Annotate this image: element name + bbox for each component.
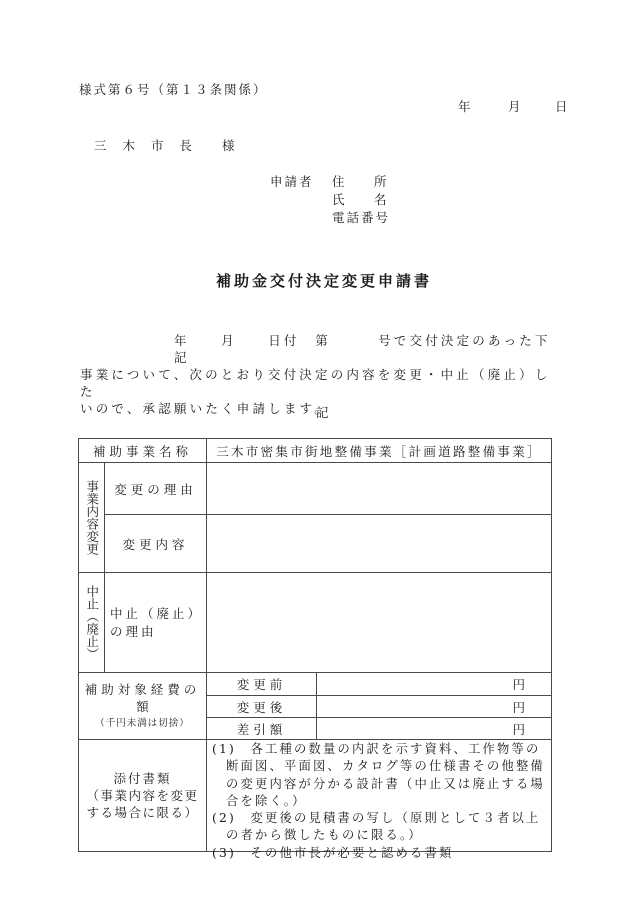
attachment-item-2-cont: の者から徴したものに限る。） <box>212 827 550 844</box>
date-month-label: 月 <box>508 97 521 115</box>
date-day-label: 日 <box>555 97 568 115</box>
attachment-item-1-cont: 断面図、平面図、カタログ等の仕様書その他整備 <box>212 758 550 775</box>
cost-after-label: 変更後 <box>207 696 316 717</box>
change-content-field[interactable] <box>207 515 551 572</box>
project-name-label: 補助事業名称 <box>79 439 206 462</box>
cost-label-line1: 補助対象経費の <box>85 681 201 698</box>
yen-unit: 円 <box>512 698 551 716</box>
attachment-item-2-line: (2) 変更後の見積書の写し（原則として３者以上 <box>212 810 550 827</box>
attachments-list: (1) 各工種の数量の内訳を示す資料、工作物等の 断面図、平面図、カタログ等の仕… <box>212 741 550 862</box>
change-content-label: 変更内容 <box>105 515 206 572</box>
addressee: 三 木 市 長 <box>94 136 198 154</box>
attachment-item-1: (1) 各工種の数量の内訳を示す資料、工作物等の 断面図、平面図、カタログ等の仕… <box>212 741 550 810</box>
attachments-label-line2: （事業内容を変更 <box>86 787 198 804</box>
body-line-2: 事業について、次のとおり交付決定の内容を変更・中止（廃止）した <box>80 366 565 400</box>
cost-diff-label: 差引額 <box>207 718 316 739</box>
change-reason-label: 変更の理由 <box>105 463 206 514</box>
attachment-item-1-cont: 合を除く。） <box>212 793 550 810</box>
applicant-label: 申請者 <box>270 172 314 190</box>
cancel-group-text: 中止（廃止） <box>85 585 98 660</box>
cancel-reason-label: 中止（廃止） の理由 <box>110 573 206 672</box>
cancel-group-label: 中止（廃止） <box>79 573 104 672</box>
cost-label: 補助対象経費の 額 （千円未満は切捨） <box>79 673 206 739</box>
yen-unit: 円 <box>512 720 551 738</box>
attachment-item-1-line: (1) 各工種の数量の内訳を示す資料、工作物等の <box>212 741 550 758</box>
form-number: 様式第６号（第１３条関係） <box>79 80 268 98</box>
cost-after-field[interactable]: 円 <box>317 696 551 717</box>
cancel-reason-label-line2: の理由 <box>110 623 203 641</box>
attachment-item-3: (3) その他市長が必要と認める書類 <box>212 845 550 862</box>
cost-before-field[interactable]: 円 <box>317 673 551 695</box>
attachment-item-1-cont: の変更内容が分かる設計書（中止又は廃止する場 <box>212 776 550 793</box>
table-border-right <box>551 438 552 852</box>
attachments-label: 添付書類 （事業内容を変更 する場合に限る） <box>79 740 206 851</box>
change-reason-field[interactable] <box>207 463 551 514</box>
date-year-label: 年 <box>458 97 471 115</box>
cancel-reason-label-line1: 中止（廃止） <box>110 605 203 623</box>
change-group-text: 事業内容変更 <box>85 480 98 555</box>
applicant-name-label: 氏 名 <box>332 190 388 208</box>
ki-label: 記 <box>316 403 329 421</box>
attachment-item-3-line: (3) その他市長が必要と認める書類 <box>212 845 550 862</box>
cancel-reason-field[interactable] <box>207 573 551 672</box>
applicant-phone-label: 電話番号 <box>332 208 390 226</box>
document-title: 補助金交付決定変更申請書 <box>216 270 432 291</box>
cost-note: （千円未満は切捨） <box>85 715 201 732</box>
attachments-label-line3: する場合に限る） <box>86 804 198 821</box>
cost-diff-field[interactable]: 円 <box>317 718 551 739</box>
yen-unit: 円 <box>512 675 551 693</box>
cost-label-line2: 額 <box>85 698 201 715</box>
attachment-item-2: (2) 変更後の見積書の写し（原則として３者以上 の者から徴したものに限る。） <box>212 810 550 845</box>
honorific: 様 <box>222 136 235 154</box>
change-group-label: 事業内容変更 <box>79 463 104 572</box>
cost-before-label: 変更前 <box>207 673 316 695</box>
attachments-label-line1: 添付書類 <box>86 770 198 787</box>
applicant-address-label: 住 所 <box>332 172 388 190</box>
body-line-1: 年 月 日付 第 号で交付決定のあった下記 <box>80 332 565 366</box>
project-name-value: 三木市密集市街地整備事業［計画道路整備事業］ <box>207 439 551 462</box>
